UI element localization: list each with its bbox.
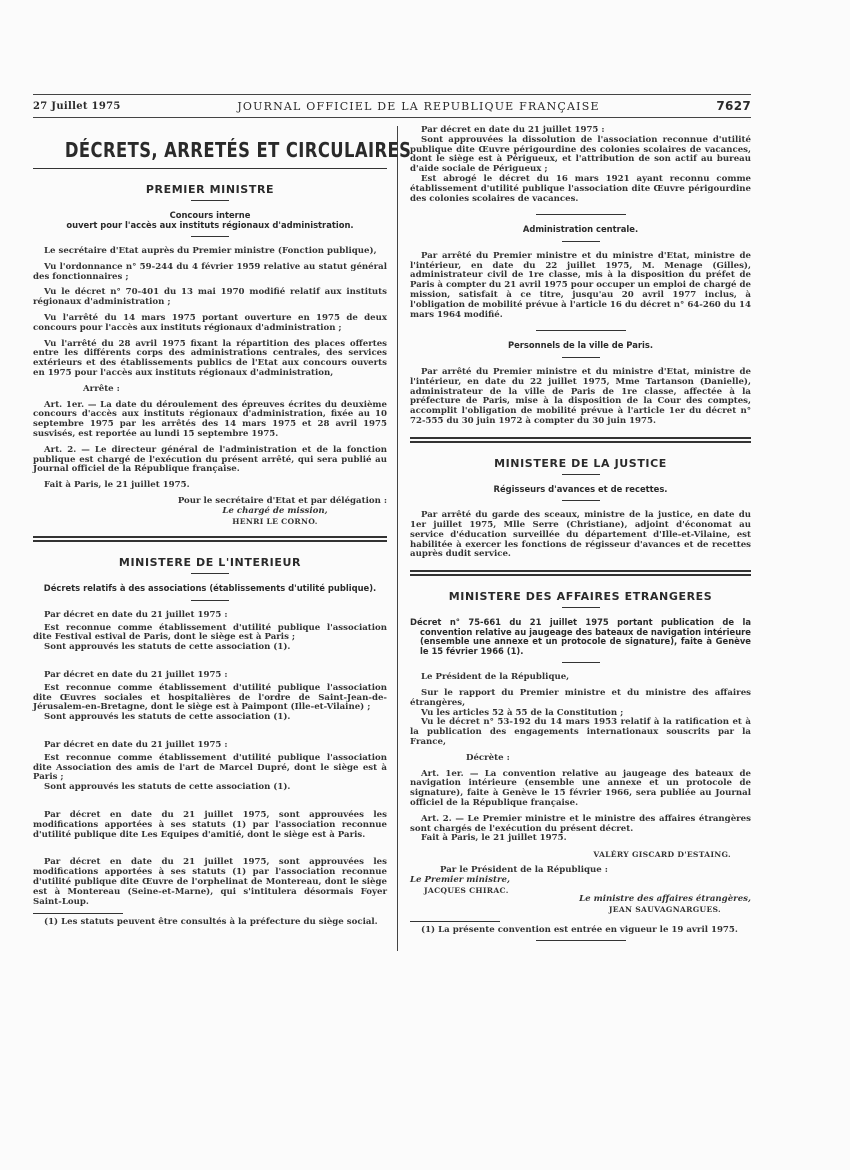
- fait-a-paris: Fait à Paris, le 21 juillet 1975.: [33, 481, 387, 491]
- decree-block: Par décret en date du 21 juillet 1975 : …: [33, 611, 387, 653]
- decree-modification: Par décret en date du 21 juillet 1975, s…: [33, 858, 387, 907]
- footnote: (1) La présente convention est entrée en…: [410, 926, 751, 936]
- page-header: 27 Juillet 1975 JOURNAL OFFICIEL DE LA R…: [33, 94, 751, 118]
- section-subhead: Personnels de la ville de Paris.: [410, 341, 751, 351]
- signature-name: HENRI LE CORNO.: [33, 517, 387, 527]
- header-date: 27 Juillet 1975: [33, 101, 121, 112]
- dash-divider: [562, 607, 600, 608]
- fait-a-paris: Fait à Paris, le 21 juillet 1975.: [410, 834, 751, 844]
- signature-title: Le chargé de mission,: [33, 507, 387, 517]
- paragraph: Vu le décret n° 70-401 du 13 mai 1970 mo…: [33, 288, 387, 308]
- dash-divider: [191, 236, 229, 237]
- decree-approval: Sont approuvés les statuts de cette asso…: [33, 713, 387, 723]
- paragraph: Vu l'arrêté du 28 avril 1975 fixant la r…: [33, 340, 387, 379]
- ministry-heading-premier: PREMIER MINISTRE: [33, 183, 387, 196]
- dash-divider: [562, 357, 600, 358]
- page-number: 7627: [716, 99, 751, 113]
- double-divider: [410, 437, 751, 443]
- subhead-line-2: ouvert pour l'accès aux instituts région…: [33, 221, 387, 231]
- journal-page: 27 Juillet 1975 JOURNAL OFFICIEL DE LA R…: [33, 94, 751, 951]
- section-subhead: Décrets relatifs à des associations (éta…: [33, 584, 387, 594]
- article-1: Art. 1er. — La convention relative au ja…: [410, 770, 751, 809]
- ministry-heading-interieur: MINISTERE DE L'INTERIEUR: [33, 556, 387, 569]
- section-subhead: Administration centrale.: [410, 225, 751, 235]
- footnote-rule: [33, 913, 123, 914]
- decree-approval: Sont approuvés les statuts de cette asso…: [33, 783, 387, 793]
- dash-divider: [536, 330, 626, 331]
- footnote-rule: [410, 921, 500, 922]
- dash-divider: [562, 500, 600, 501]
- section-subhead: Décret n° 75-661 du 21 juillet 1975 port…: [410, 618, 751, 656]
- mae-name: JEAN SAUVAGNARGUES.: [410, 905, 751, 915]
- decree-modification: Par décret en date du 21 juillet 1975, s…: [33, 811, 387, 840]
- section-subhead: Régisseurs d'avances et de recettes.: [410, 485, 751, 495]
- dash-divider: [191, 200, 229, 201]
- decree-block: Par décret en date du 21 juillet 1975 : …: [33, 671, 387, 723]
- double-divider: [410, 570, 751, 576]
- section-subhead: Concours interne ouvert pour l'accès aux…: [33, 211, 387, 230]
- president-signature: VALÉRY GISCARD D'ESTAING.: [410, 850, 751, 860]
- dash-divider: [191, 573, 229, 574]
- decree-body: Est reconnue comme établissement d'utili…: [33, 624, 387, 644]
- mae-title: Le ministre des affaires étrangères,: [410, 895, 751, 905]
- dash-divider: [536, 214, 626, 215]
- ministry-heading-affaires-etrangeres: MINISTERE DES AFFAIRES ETRANGERES: [410, 590, 751, 603]
- main-title: DÉCRETS, ARRETÉS ET CIRCULAIRES: [65, 138, 355, 162]
- paragraph: Par arrêté du Premier ministre et du min…: [410, 368, 751, 427]
- decree-intro: Par décret en date du 21 juillet 1975 :: [33, 611, 387, 621]
- paragraph: Sur le rapport du Premier ministre et du…: [410, 689, 751, 709]
- decree-body: Est reconnue comme établissement d'utili…: [33, 684, 387, 713]
- paragraph: Vu l'arrêté du 14 mars 1975 portant ouve…: [33, 314, 387, 334]
- decree-intro: Par décret en date du 21 juillet 1975 :: [33, 741, 387, 751]
- signature-line: Pour le secrétaire d'Etat et par délégat…: [33, 497, 387, 507]
- dash-divider: [536, 940, 626, 941]
- divider: [33, 168, 387, 169]
- decrete-label: Décrète :: [410, 754, 751, 764]
- article-2: Art. 2. — Le directeur général de l'admi…: [33, 446, 387, 475]
- article-2: Art. 2. — Le Premier ministre et le mini…: [410, 815, 751, 835]
- header-title: JOURNAL OFFICIEL DE LA REPUBLIQUE FRANÇA…: [237, 100, 599, 113]
- left-column: DÉCRETS, ARRETÉS ET CIRCULAIRES PREMIER …: [33, 126, 397, 951]
- arrete-label: Arrête :: [33, 385, 387, 395]
- decree-intro: Par décret en date du 21 juillet 1975 :: [33, 671, 387, 681]
- dash-divider: [562, 241, 600, 242]
- pm-title: Le Premier ministre,: [410, 876, 751, 886]
- decree-body: Sont approuvées la dissolution de l'asso…: [410, 136, 751, 175]
- article-1: Art. 1er. — La date du déroulement des é…: [33, 401, 387, 440]
- footnote: (1) Les statuts peuvent être consultés à…: [33, 918, 387, 928]
- dash-divider: [562, 662, 600, 663]
- paragraph: Le Président de la République,: [410, 673, 751, 683]
- dash-divider: [191, 600, 229, 601]
- dash-divider: [562, 474, 600, 475]
- right-column: Par décret en date du 21 juillet 1975 : …: [397, 126, 751, 951]
- paragraph: Vu le décret n° 53-192 du 14 mars 1953 r…: [410, 718, 751, 747]
- paragraph: Le secrétaire d'Etat auprès du Premier m…: [33, 247, 387, 257]
- paragraph: Par arrêté du Premier ministre et du min…: [410, 252, 751, 321]
- decree-body: Est abrogé le décret du 16 mars 1921 aya…: [410, 175, 751, 204]
- double-divider: [33, 536, 387, 542]
- paragraph: Vu l'ordonnance n° 59-244 du 4 février 1…: [33, 263, 387, 283]
- paragraph: Par arrêté du garde des sceaux, ministre…: [410, 511, 751, 560]
- decree-body: Est reconnue comme établissement d'utili…: [33, 754, 387, 783]
- decree-block: Par décret en date du 21 juillet 1975 : …: [33, 741, 387, 793]
- decree-approval: Sont approuvés les statuts de cette asso…: [33, 643, 387, 653]
- ministry-heading-justice: MINISTERE DE LA JUSTICE: [410, 457, 751, 470]
